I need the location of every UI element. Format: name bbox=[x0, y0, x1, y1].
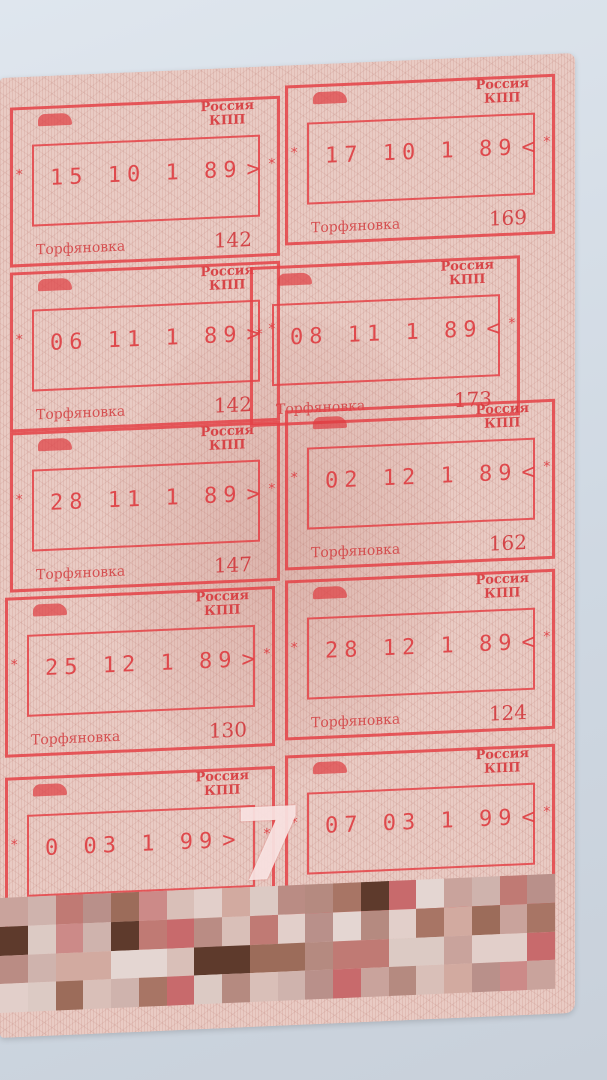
redaction-pixel bbox=[194, 975, 222, 1005]
redaction-pixel bbox=[527, 874, 555, 904]
redaction-pixel bbox=[278, 971, 306, 1001]
star-icon: * bbox=[15, 167, 23, 183]
stamp-country: РоссияКПП bbox=[200, 424, 254, 454]
redaction-pixel bbox=[361, 967, 389, 997]
redaction-pixel bbox=[444, 877, 472, 907]
star-icon: * bbox=[10, 657, 18, 673]
redaction-pixel bbox=[333, 882, 361, 912]
border-stamp: РоссияКПП**06 11 1 89>Торфяновка142 bbox=[10, 261, 280, 433]
redaction-pixel bbox=[444, 935, 472, 965]
redaction-pixel bbox=[416, 936, 444, 966]
car-icon bbox=[313, 761, 347, 774]
redaction-pixel bbox=[0, 897, 28, 927]
redaction-pixel bbox=[389, 937, 417, 967]
redaction-pixel bbox=[56, 952, 84, 982]
redaction-pixel bbox=[416, 907, 444, 937]
direction-arrow-icon: < bbox=[521, 459, 540, 485]
redaction-pixel bbox=[83, 979, 111, 1009]
car-icon bbox=[33, 603, 67, 616]
redaction-pixel bbox=[333, 940, 361, 970]
stamp-country: РоссияКПП bbox=[475, 77, 529, 107]
redaction-pixel bbox=[111, 949, 139, 979]
redaction-pixel bbox=[28, 924, 56, 954]
redaction-pixel bbox=[222, 973, 250, 1003]
star-icon: * bbox=[255, 326, 263, 342]
direction-arrow-icon: > bbox=[246, 481, 265, 507]
redaction-pixel bbox=[250, 943, 278, 973]
redaction-pixel bbox=[28, 982, 56, 1012]
stamp-officer-number: 124 bbox=[489, 700, 527, 726]
border-stamp: РоссияКПП**02 12 1 89<Торфяновка162 bbox=[285, 399, 555, 571]
redaction-pixel bbox=[28, 953, 56, 983]
redaction-pixel bbox=[527, 903, 555, 933]
passport-page: РоссияКПП**15 10 1 89>Торфяновка142Росси… bbox=[0, 53, 575, 1038]
redaction-pixel bbox=[500, 875, 528, 905]
stamp-country: РоссияКПП bbox=[200, 99, 254, 129]
redaction-pixel bbox=[194, 917, 222, 947]
star-icon: * bbox=[263, 646, 271, 662]
stamp-country: РоссияКПП bbox=[195, 589, 249, 619]
car-icon bbox=[313, 91, 347, 104]
car-icon bbox=[313, 416, 347, 429]
redaction-pixel bbox=[472, 905, 500, 935]
redaction-pixel bbox=[111, 921, 139, 951]
redaction-pixel bbox=[56, 894, 84, 924]
star-icon: * bbox=[508, 315, 516, 331]
redaction-pixel bbox=[250, 972, 278, 1002]
redaction-pixel bbox=[167, 918, 195, 948]
redaction-pixel bbox=[333, 911, 361, 941]
stamp-country: РоссияКПП bbox=[475, 572, 529, 602]
stamp-country: РоссияКПП bbox=[475, 747, 529, 777]
redaction-pixel bbox=[416, 879, 444, 909]
redaction-pixel bbox=[305, 912, 333, 942]
redaction-pixel bbox=[83, 951, 111, 981]
star-icon: * bbox=[290, 640, 298, 656]
redaction-pixel bbox=[167, 976, 195, 1006]
star-icon: * bbox=[268, 481, 276, 497]
redaction-pixel bbox=[0, 954, 28, 984]
star-icon: * bbox=[15, 332, 23, 348]
stamp-officer-number: 162 bbox=[489, 530, 527, 556]
redaction-pixel bbox=[56, 981, 84, 1011]
direction-arrow-icon: < bbox=[521, 804, 540, 830]
stamp-officer-number: 142 bbox=[214, 227, 252, 253]
car-icon bbox=[313, 586, 347, 599]
stamp-country: РоссияКПП bbox=[440, 258, 494, 288]
car-icon bbox=[38, 278, 72, 291]
redaction-pixel bbox=[278, 913, 306, 943]
redaction-pixel bbox=[194, 888, 222, 918]
redaction-pixel bbox=[250, 886, 278, 916]
redaction-pixel bbox=[389, 880, 417, 910]
star-icon: * bbox=[543, 134, 551, 150]
redaction-pixel bbox=[472, 934, 500, 964]
redaction-pixel bbox=[111, 892, 139, 922]
redaction-pixel bbox=[500, 904, 528, 934]
car-icon bbox=[38, 438, 72, 451]
redaction-pixel bbox=[222, 916, 250, 946]
stamp-country: РоссияКПП bbox=[200, 264, 254, 294]
redaction-pixel bbox=[167, 947, 195, 977]
redaction-pixel bbox=[472, 876, 500, 906]
stamps-area: РоссияКПП**15 10 1 89>Торфяновка142Росси… bbox=[0, 53, 575, 78]
redaction-pixel bbox=[361, 939, 389, 969]
redaction-pixel bbox=[389, 966, 417, 996]
redaction-pixel bbox=[389, 909, 417, 939]
redaction-pixel bbox=[500, 961, 528, 991]
redaction-pixel bbox=[416, 965, 444, 995]
star-icon: * bbox=[543, 459, 551, 475]
redaction-pixel bbox=[222, 887, 250, 917]
redaction-pixel bbox=[111, 978, 139, 1008]
stamp-country: РоссияКПП bbox=[475, 402, 529, 432]
car-icon bbox=[278, 272, 312, 285]
star-icon: * bbox=[543, 804, 551, 820]
redaction-pixel bbox=[0, 926, 28, 956]
direction-arrow-icon: < bbox=[486, 316, 505, 342]
redaction-pixel bbox=[472, 962, 500, 992]
star-icon: * bbox=[290, 145, 298, 161]
direction-arrow-icon: < bbox=[521, 134, 540, 160]
direction-arrow-icon: < bbox=[521, 629, 540, 655]
star-icon: * bbox=[15, 492, 23, 508]
redaction-pixel bbox=[167, 890, 195, 920]
redaction-pixel bbox=[500, 932, 528, 962]
redaction-pixel bbox=[361, 881, 389, 911]
redaction-pixel bbox=[444, 906, 472, 936]
redaction-pixel bbox=[83, 893, 111, 923]
stamp-officer-number: 142 bbox=[214, 392, 252, 418]
stamp-officer-number: 169 bbox=[489, 205, 527, 231]
redaction-pixel bbox=[444, 964, 472, 994]
redaction-pixel bbox=[527, 960, 555, 990]
redaction-pixel bbox=[305, 883, 333, 913]
direction-arrow-icon: > bbox=[246, 156, 265, 182]
redaction-pixel bbox=[139, 919, 167, 949]
border-stamp: РоссияКПП**28 11 1 89>Торфяновка147 bbox=[10, 421, 280, 593]
redaction-pixel bbox=[305, 941, 333, 971]
stamp-officer-number: 130 bbox=[209, 717, 247, 743]
star-icon: * bbox=[290, 470, 298, 486]
redaction-pixel bbox=[250, 915, 278, 945]
border-stamp: РоссияКПП**17 10 1 89<Торфяновка169 bbox=[285, 74, 555, 246]
redaction-pixel bbox=[278, 942, 306, 972]
redaction-pixel bbox=[527, 931, 555, 961]
star-icon: * bbox=[10, 837, 18, 853]
car-icon bbox=[38, 113, 72, 126]
redaction-pixel bbox=[139, 948, 167, 978]
stamp-officer-number: 147 bbox=[214, 552, 252, 578]
direction-arrow-icon: > bbox=[241, 647, 260, 673]
border-stamp: РоссияКПП**25 12 1 89>Торфяновка130 bbox=[5, 586, 275, 758]
redaction-pixel bbox=[56, 923, 84, 953]
redaction-pixel bbox=[222, 945, 250, 975]
redaction-pixel bbox=[139, 891, 167, 921]
star-icon: * bbox=[543, 629, 551, 645]
redaction-pixel bbox=[0, 983, 28, 1013]
star-icon: * bbox=[268, 156, 276, 172]
redaction-pixel bbox=[139, 977, 167, 1007]
redaction-pixel bbox=[194, 946, 222, 976]
redaction-pixel bbox=[333, 968, 361, 998]
redaction-pixel bbox=[361, 910, 389, 940]
redaction-pixel bbox=[278, 885, 306, 915]
car-icon bbox=[33, 783, 67, 796]
redaction-pixel bbox=[28, 896, 56, 926]
redaction-pixel bbox=[305, 970, 333, 1000]
border-stamp: РоссияКПП**28 12 1 89<Торфяновка124 bbox=[285, 569, 555, 741]
border-stamp: РоссияКПП**15 10 1 89>Торфяновка142 bbox=[10, 96, 280, 268]
redaction-pixel bbox=[83, 922, 111, 952]
pixelated-redaction bbox=[0, 874, 555, 1013]
